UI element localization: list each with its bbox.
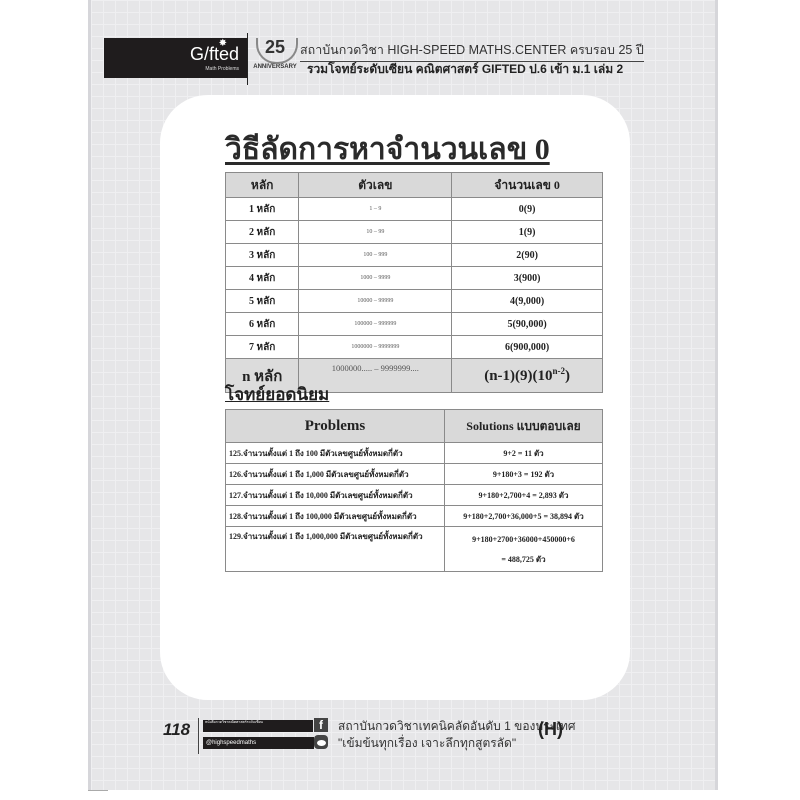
page-title: วิธีลัดการหาจำนวนเลข 0 [225, 126, 550, 173]
range-cell: 100 – 999 [299, 244, 452, 267]
footer-divider [198, 718, 199, 754]
zeros-cell: 6(900,000) [452, 336, 603, 359]
formula-close: ) [565, 368, 570, 384]
formula-base: (n-1)(9)(10 [484, 368, 552, 384]
gifted-logo-subtext: Math Problems [205, 66, 239, 72]
range-cell: 10000 – 99999 [299, 290, 452, 313]
page-edge-line [88, 790, 108, 791]
table-row: 7 หลัก 1000000 – 9999999 6(900,000) [226, 336, 603, 359]
table-row: 2 หลัก 10 – 99 1(9) [226, 221, 603, 244]
header-zero-count: จำนวนเลข 0 [452, 173, 603, 198]
table-row: 128.จำนวนตั้งแต่ 1 ถึง 100,000 มีตัวเลขศ… [226, 506, 603, 527]
solution-cell: 9+180+2,700+36,000+5 = 38,894 ตัว [445, 506, 603, 527]
anniversary-badge: 25 ANNIVERSARY [252, 36, 298, 80]
header-line-2: รวมโจทย์ระดับเซียน คณิตศาสตร์ GIFTED ป.6… [307, 60, 623, 79]
table-row: 6 หลัก 100000 – 999999 5(90,000) [226, 313, 603, 336]
solution-cell: 9+180+2,700+4 = 2,893 ตัว [445, 485, 603, 506]
table-row: 126.จำนวนตั้งแต่ 1 ถึง 1,000 มีตัวเลขศูน… [226, 464, 603, 485]
solution-cell: 9+180+2700+36000+450000+6= 488,725 ตัว [445, 527, 603, 572]
zeros-cell: 3(900) [452, 267, 603, 290]
zeros-cell: 2(90) [452, 244, 603, 267]
solution-cell: 9+2 = 11 ตัว [445, 443, 603, 464]
digits-cell: 4 หลัก [226, 267, 299, 290]
problems-table: Problems Solutions แบบตอบเลย 125.จำนวนตั… [225, 409, 603, 572]
header-solutions: Solutions แบบตอบเลย [445, 410, 603, 443]
zeros-cell: 4(9,000) [452, 290, 603, 313]
table-row: 1 หลัก 1 – 9 0(9) [226, 198, 603, 221]
footer-tagline-2: "เข้มข้นทุกเรื่อง เจาะลึกทุกสูตรลัด" [338, 734, 516, 753]
formula-exponent: n-2 [553, 366, 566, 376]
footer-book-label: หนังสือกวดวิชาคณิตศาสตร์ระดับเซียน [203, 720, 313, 732]
table-row: 129.จำนวนตั้งแต่ 1 ถึง 1,000,000 มีตัวเล… [226, 527, 603, 572]
formula-cell: (n-1)(9)(10n-2) [452, 359, 603, 393]
highspeed-logo: (H) [538, 719, 563, 740]
header-line-1: สถาบันกวดวิชา HIGH-SPEED MATHS.CENTER คร… [300, 40, 644, 62]
table-row: 4 หลัก 1000 – 9999 3(900) [226, 267, 603, 290]
solution-line-1: 9+180+2700+36000+450000+6 [446, 530, 601, 550]
gifted-logo: G/fted [190, 44, 239, 65]
range-cell: 10 – 99 [299, 221, 452, 244]
table-row: 127.จำนวนตั้งแต่ 1 ถึง 10,000 มีตัวเลขศู… [226, 485, 603, 506]
problem-cell: 129.จำนวนตั้งแต่ 1 ถึง 1,000,000 มีตัวเล… [226, 527, 445, 572]
zero-count-table: หลัก ตัวเลข จำนวนเลข 0 1 หลัก 1 – 9 0(9)… [225, 172, 603, 393]
table-header-row: หลัก ตัวเลข จำนวนเลข 0 [226, 173, 603, 198]
digits-cell: 3 หลัก [226, 244, 299, 267]
zeros-cell: 5(90,000) [452, 313, 603, 336]
table-row: 5 หลัก 10000 – 99999 4(9,000) [226, 290, 603, 313]
page-number: 118 [163, 720, 190, 740]
line-chat-icon [314, 735, 328, 749]
solution-cell: 9+180+3 = 192 ตัว [445, 464, 603, 485]
digits-cell: 1 หลัก [226, 198, 299, 221]
header-divider [247, 33, 248, 85]
footer-social-handle: @highspeedmaths [203, 737, 314, 749]
header-digits: หลัก [226, 173, 299, 198]
section-subtitle: โจทย์ยอดนิยม [225, 381, 329, 408]
solution-line-2: = 488,725 ตัว [446, 550, 601, 570]
range-cell: 100000 – 999999 [299, 313, 452, 336]
range-cell: 1 – 9 [299, 198, 452, 221]
digits-cell: 2 หลัก [226, 221, 299, 244]
laurel-icon [256, 38, 298, 64]
zeros-cell: 1(9) [452, 221, 603, 244]
anniversary-label: ANNIVERSARY [252, 64, 298, 70]
header-problems: Problems [226, 410, 445, 443]
digits-cell: 5 หลัก [226, 290, 299, 313]
digits-cell: 7 หลัก [226, 336, 299, 359]
problem-cell: 128.จำนวนตั้งแต่ 1 ถึง 100,000 มีตัวเลขศ… [226, 506, 445, 527]
digits-cell: 6 หลัก [226, 313, 299, 336]
table-header-row: Problems Solutions แบบตอบเลย [226, 410, 603, 443]
table-row: 3 หลัก 100 – 999 2(90) [226, 244, 603, 267]
range-cell: 1000000 – 9999999 [299, 336, 452, 359]
range-cell: 1000 – 9999 [299, 267, 452, 290]
header-numbers: ตัวเลข [299, 173, 452, 198]
zeros-cell: 0(9) [452, 198, 603, 221]
problem-cell: 127.จำนวนตั้งแต่ 1 ถึง 10,000 มีตัวเลขศู… [226, 485, 445, 506]
facebook-icon: f [314, 718, 328, 732]
problem-cell: 125.จำนวนตั้งแต่ 1 ถึง 100 มีตัวเลขศูนย์… [226, 443, 445, 464]
gifted-logo-band: ✸ G/fted Math Problems [104, 38, 247, 78]
problem-cell: 126.จำนวนตั้งแต่ 1 ถึง 1,000 มีตัวเลขศูน… [226, 464, 445, 485]
table-row: 125.จำนวนตั้งแต่ 1 ถึง 100 มีตัวเลขศูนย์… [226, 443, 603, 464]
